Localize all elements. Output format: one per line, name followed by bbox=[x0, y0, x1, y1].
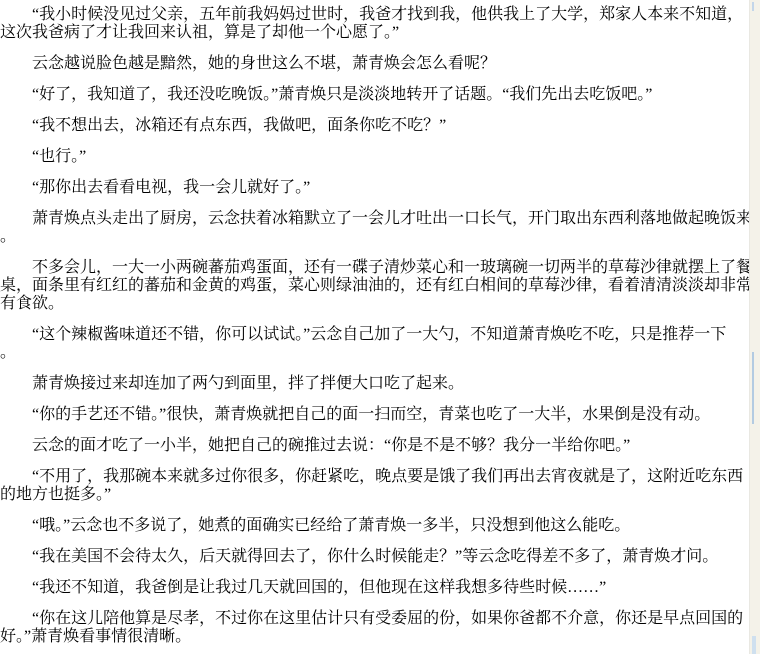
paragraph-line: “我不想出去，冰箱还有点东西，我做吧，面条你吃不吃？” bbox=[0, 117, 750, 135]
paragraph-line: “那你出去看看电视，我一会儿就好了。” bbox=[0, 179, 750, 197]
paragraph-line: 云念的面才吃了一小半，她把自己的碗推过去说：“你是不是不够？我分一半给你吧。” bbox=[0, 437, 750, 455]
paragraph: 云念越说脸色越是黯然，她的身世这么不堪，萧青焕会怎么看呢？ bbox=[0, 55, 750, 73]
paragraph: “这个辣椒酱味道还不错，你可以试试。”云念自己加了一大勺，不知道萧青焕吃不吃，只… bbox=[0, 326, 750, 362]
paragraph-line: 云念越说脸色越是黯然，她的身世这么不堪，萧青焕会怎么看呢？ bbox=[0, 55, 750, 73]
paragraph-line: 好。”萧青焕看事情很清晰。 bbox=[0, 628, 750, 646]
paragraph-line: “我还不知道，我爸倒是让我过几天就回国的，但他现在这样我想多待些时候……” bbox=[0, 579, 750, 597]
paragraph-line: “好了，我知道了，我还没吃晚饭。”萧青焕只是淡淡地转开了话题。“我们先出去吃饭吧… bbox=[0, 86, 750, 104]
paragraph-line: “你在这儿陪他算是尽孝，不过你在这里估计只有受委屈的份，如果你爸都不介意，你还是… bbox=[0, 610, 750, 628]
paragraph: 萧青焕点头走出了厨房，云念扶着冰箱默立了一会儿才吐出一口长气，开门取出东西利落地… bbox=[0, 210, 750, 246]
scrollbar-bottom-cap bbox=[752, 636, 756, 654]
paragraph: “你的手艺还不错。”很快，萧青焕就把自己的面一扫而空，青菜也吃了一大半，水果倒是… bbox=[0, 406, 750, 424]
paragraph-line: 萧青焕接过来却连加了两勺到面里，拌了拌便大口吃了起来。 bbox=[0, 375, 750, 393]
paragraph: “那你出去看看电视，我一会儿就好了。” bbox=[0, 179, 750, 197]
paragraph: 不多会儿，一大一小两碗蕃茄鸡蛋面，还有一碟子清炒菜心和一玻璃碗一切两半的草莓沙律… bbox=[0, 259, 750, 313]
paragraph: “好了，我知道了，我还没吃晚饭。”萧青焕只是淡淡地转开了话题。“我们先出去吃饭吧… bbox=[0, 86, 750, 104]
paragraph-line: 。 bbox=[0, 344, 750, 362]
paragraph-line: 有食欲。 bbox=[0, 295, 750, 313]
paragraph-line: 的地方也挺多。” bbox=[0, 486, 750, 504]
paragraph: “哦。”云念也不多说了，她煮的面确实已经给了萧青焕一多半，只没想到他这么能吃。 bbox=[0, 517, 750, 535]
paragraph: “你在这儿陪他算是尽孝，不过你在这里估计只有受委屈的份，如果你爸都不介意，你还是… bbox=[0, 610, 750, 646]
paragraph: “我在美国不会待太久，后天就得回去了，你什么时候能走？”等云念吃得差不多了，萧青… bbox=[0, 548, 750, 566]
novel-text-page: “我小时候没见过父亲，五年前我妈妈过世时，我爸才找到我，他供我上了大学，郑家人本… bbox=[0, 0, 750, 654]
paragraph-line: 。 bbox=[0, 228, 750, 246]
scrollbar[interactable] bbox=[749, 0, 760, 654]
paragraph: “我还不知道，我爸倒是让我过几天就回国的，但他现在这样我想多待些时候……” bbox=[0, 579, 750, 597]
paragraph-line: 桌，面条里有红红的蕃茄和金黄的鸡蛋，菜心则绿油油的，还有红白相间的草莓沙律，看着… bbox=[0, 277, 750, 295]
paragraph-line: “也行。” bbox=[0, 148, 750, 166]
scrollbar-thumb[interactable] bbox=[752, 352, 754, 424]
paragraph-line: “我小时候没见过父亲，五年前我妈妈过世时，我爸才找到我，他供我上了大学，郑家人本… bbox=[0, 6, 750, 24]
paragraph-line: 不多会儿，一大一小两碗蕃茄鸡蛋面，还有一碟子清炒菜心和一玻璃碗一切两半的草莓沙律… bbox=[0, 259, 750, 277]
paragraph: 云念的面才吃了一小半，她把自己的碗推过去说：“你是不是不够？我分一半给你吧。” bbox=[0, 437, 750, 455]
paragraph-line: “你的手艺还不错。”很快，萧青焕就把自己的面一扫而空，青菜也吃了一大半，水果倒是… bbox=[0, 406, 750, 424]
paragraph-line: 萧青焕点头走出了厨房，云念扶着冰箱默立了一会儿才吐出一口长气，开门取出东西利落地… bbox=[0, 210, 750, 228]
paragraph-line: “这个辣椒酱味道还不错，你可以试试。”云念自己加了一大勺，不知道萧青焕吃不吃，只… bbox=[0, 326, 750, 344]
paragraph-line: “我在美国不会待太久，后天就得回去了，你什么时候能走？”等云念吃得差不多了，萧青… bbox=[0, 548, 750, 566]
paragraph-line: 这次我爸病了才让我回来认祖，算是了却他一个心愿了。” bbox=[0, 24, 750, 42]
paragraph-line: “哦。”云念也不多说了，她煮的面确实已经给了萧青焕一多半，只没想到他这么能吃。 bbox=[0, 517, 750, 535]
paragraph: “不用了，我那碗本来就多过你很多，你赶紧吃，晚点要是饿了我们再出去宵夜就是了，这… bbox=[0, 468, 750, 504]
text-content: “我小时候没见过父亲，五年前我妈妈过世时，我爸才找到我，他供我上了大学，郑家人本… bbox=[0, 6, 750, 646]
paragraph: “我不想出去，冰箱还有点东西，我做吧，面条你吃不吃？” bbox=[0, 117, 750, 135]
scrollbar-top-cap bbox=[752, 2, 754, 11]
paragraph: “也行。” bbox=[0, 148, 750, 166]
paragraph-line: “不用了，我那碗本来就多过你很多，你赶紧吃，晚点要是饿了我们再出去宵夜就是了，这… bbox=[0, 468, 750, 486]
paragraph: 萧青焕接过来却连加了两勺到面里，拌了拌便大口吃了起来。 bbox=[0, 375, 750, 393]
paragraph: “我小时候没见过父亲，五年前我妈妈过世时，我爸才找到我，他供我上了大学，郑家人本… bbox=[0, 6, 750, 42]
